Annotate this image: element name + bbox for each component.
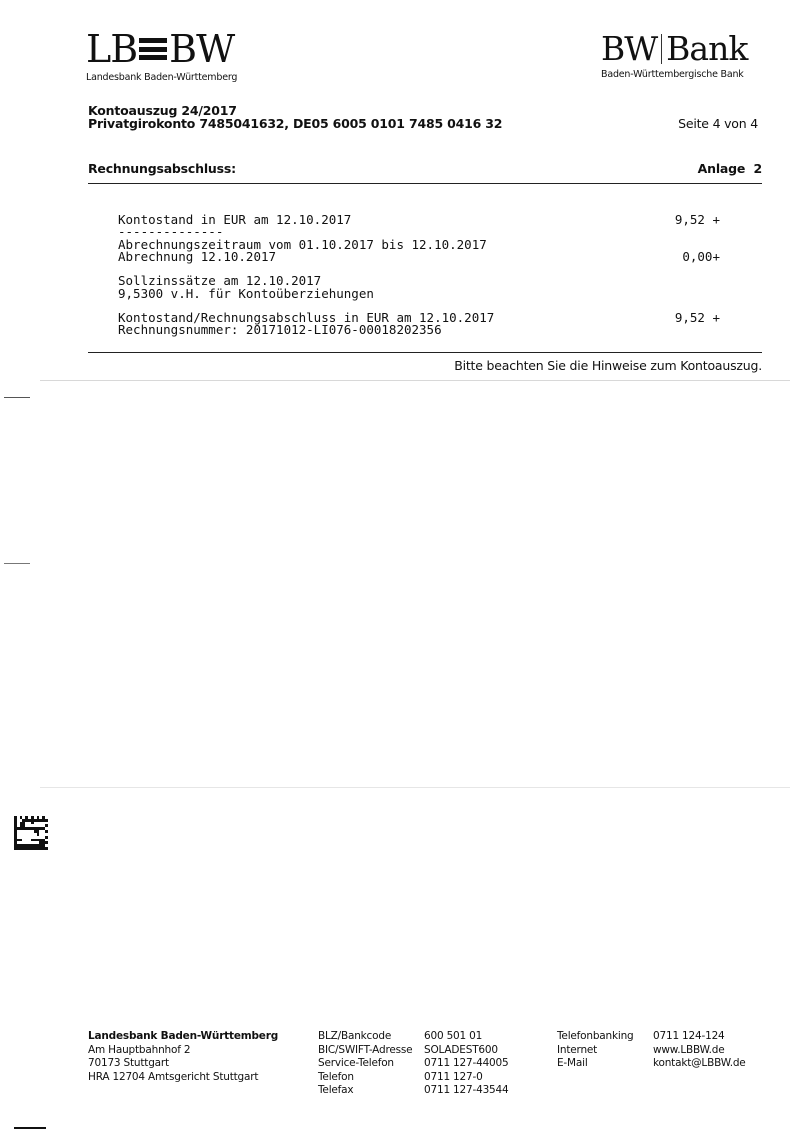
footer-label: BIC/SWIFT-Adresse [318, 1044, 424, 1058]
footer-row: Internetwww.LBBW.de [557, 1044, 746, 1058]
fold-mark-1 [4, 397, 30, 398]
bwbank-logo-subtitle: Baden-Württembergische Bank [601, 69, 747, 80]
footer-label: Telefax [318, 1084, 424, 1098]
footer-value: SOLADEST600 [424, 1044, 498, 1058]
attachment-label: Anlage 2 [698, 162, 762, 176]
three-bars-icon [139, 38, 167, 60]
footer-value: 0711 127-44005 [424, 1057, 509, 1071]
entry-4-amount: 9,52 + [610, 311, 720, 324]
lbbw-logo: LB BW Landesbank Baden-Württemberg [86, 30, 237, 83]
footer-label: Internet [557, 1044, 653, 1058]
footer-city: 70173 Stuttgart [88, 1057, 278, 1071]
footer-bank-details: BLZ/Bankcode600 501 01 BIC/SWIFT-Adresse… [318, 1030, 509, 1098]
footer-value: 0711 127-43544 [424, 1084, 509, 1098]
account-line: Privatgirokonto 7485041632, DE05 6005 01… [88, 117, 502, 131]
footer-row: Service-Telefon0711 127-44005 [318, 1057, 509, 1071]
entry-2-line-2: Abrechnung 12.10.2017 [118, 250, 276, 263]
fold-mark-2 [4, 563, 30, 564]
entry-2-amount: 0,00+ [610, 250, 720, 263]
bwbank-logo-bank: Bank [666, 32, 747, 65]
lbbw-logo-lb: LB [86, 30, 137, 68]
footer-phone-banking: 0711 124-124 [653, 1030, 725, 1044]
bwbank-logo: BW Bank Baden-Württembergische Bank [601, 32, 747, 80]
scan-artifact-line-2 [40, 787, 790, 788]
footer-row: E-Mailkontakt@LBBW.de [557, 1057, 746, 1071]
logo-divider [661, 34, 662, 64]
notice-text: Bitte beachten Sie die Hinweise zum Kont… [454, 359, 762, 373]
bwbank-logo-bw: BW [601, 32, 657, 65]
footer-label: BLZ/Bankcode [318, 1030, 424, 1044]
footer-bank-name: Landesbank Baden-Württemberg [88, 1030, 278, 1044]
footer-address: Landesbank Baden-Württemberg Am Hauptbah… [88, 1030, 278, 1084]
footer-label: Telefon [318, 1071, 424, 1085]
footer-street: Am Hauptbahnhof 2 [88, 1044, 278, 1058]
section-rule-top [88, 183, 762, 184]
datamatrix-icon [14, 816, 48, 850]
lbbw-logo-subtitle: Landesbank Baden-Württemberg [86, 72, 237, 83]
entry-3-line-2: 9,5300 v.H. für Kontoüberziehungen [118, 287, 374, 300]
fold-mark-3 [14, 1127, 46, 1129]
footer-email-link[interactable]: kontakt@LBBW.de [653, 1057, 746, 1071]
footer-value: 0711 127-0 [424, 1071, 483, 1085]
lbbw-logo-bw: BW [169, 30, 234, 68]
attachment-number: 2 [754, 161, 763, 176]
footer-label: Telefonbanking [557, 1030, 653, 1044]
footer-row: Telefax0711 127-43544 [318, 1084, 509, 1098]
scan-artifact-line [40, 380, 790, 381]
footer-row: Telefon0711 127-0 [318, 1071, 509, 1085]
entry-4-line-2: Rechnungsnummer: 20171012-LI076-00018202… [118, 323, 442, 336]
section-heading: Rechnungsabschluss: [88, 162, 236, 176]
footer-register: HRA 12704 Amtsgericht Stuttgart [88, 1071, 278, 1085]
footer-row: BIC/SWIFT-AdresseSOLADEST600 [318, 1044, 509, 1058]
footer-row: Telefonbanking0711 124-124 [557, 1030, 746, 1044]
section-rule-bottom [88, 352, 762, 353]
footer-website-link[interactable]: www.LBBW.de [653, 1044, 724, 1058]
page-info: Seite 4 von 4 [678, 117, 758, 131]
footer-value: 600 501 01 [424, 1030, 482, 1044]
entry-1-amount: 9,52 + [610, 213, 720, 226]
footer-contact: Telefonbanking0711 124-124 Internetwww.L… [557, 1030, 746, 1071]
footer-label: Service-Telefon [318, 1057, 424, 1071]
footer-label: E-Mail [557, 1057, 653, 1071]
footer-row: BLZ/Bankcode600 501 01 [318, 1030, 509, 1044]
attachment-label-text: Anlage [698, 161, 746, 176]
